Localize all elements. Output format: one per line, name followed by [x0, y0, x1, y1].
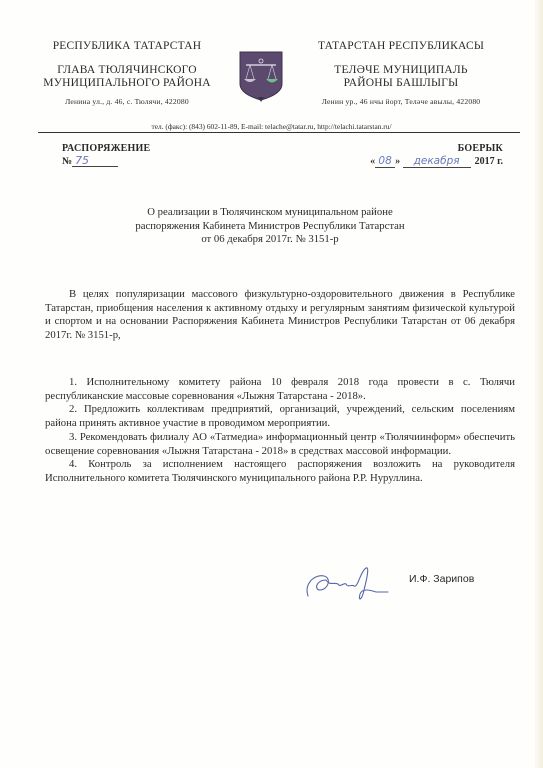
order-items: 1. Исполнительному комитету района 10 фе…	[45, 376, 515, 486]
quote-close: »	[395, 156, 400, 167]
title-line-1: О реализации в Тюлячинском муниципальном…	[60, 206, 480, 220]
order-item-1: 1. Исполнительному комитету района 10 фе…	[45, 376, 515, 403]
document-title: О реализации в Тюлячинском муниципальном…	[60, 206, 480, 247]
header-divider	[38, 132, 520, 133]
authority-line-2-tt: РАЙОНЫ БАШЛЫГЫ	[282, 77, 520, 90]
authority-name-tt: ТЕЛӘЧЕ МУНИЦИПАЛЬ РАЙОНЫ БАШЛЫГЫ	[282, 64, 520, 90]
handwritten-number: 75	[75, 154, 89, 167]
contact-line: тел. (факс): (843) 602-11-89, E-mail: te…	[0, 122, 543, 131]
address-tt: Ленин ур., 46 нчы йорт, Теләче авылы, 42…	[282, 97, 520, 106]
order-item-3: 3. Рекомендовать филиалу АО «Татмедиа» и…	[45, 431, 515, 458]
handwritten-month: декабря	[403, 155, 471, 168]
number-sign: №	[62, 156, 72, 167]
page-edge	[535, 0, 543, 768]
authority-name-ru: ГЛАВА ТЮЛЯЧИНСКОГО МУНИЦИПАЛЬНОГО РАЙОНА	[22, 64, 232, 90]
signer-name: И.Ф. Зарипов	[409, 573, 474, 585]
order-item-4: 4. Контроль за исполнением настоящего ра…	[45, 458, 515, 485]
preamble-text: В целях популяризации массового физкульт…	[45, 288, 515, 343]
title-line-3: от 06 декабря 2017г. № 3151-р	[60, 233, 480, 247]
authority-line-1: ГЛАВА ТЮЛЯЧИНСКОГО	[22, 64, 232, 77]
authority-line-1-tt: ТЕЛӘЧЕ МУНИЦИПАЛЬ	[282, 64, 520, 77]
order-number: №75	[62, 155, 118, 167]
address-ru: Ленина ул., д. 46, с. Тюлячи, 422080	[22, 97, 232, 106]
republic-name-ru: РЕСПУБЛИКА ТАТАРСТАН	[22, 40, 232, 53]
order-label-tt: БОЕРЫК	[458, 143, 503, 154]
handwritten-day: 08	[375, 155, 395, 168]
authority-line-2: МУНИЦИПАЛЬНОГО РАЙОНА	[22, 77, 232, 90]
number-blank: 75	[72, 155, 118, 167]
preamble: В целях популяризации массового физкульт…	[45, 288, 515, 343]
order-item-2: 2. Предложить коллективам предприятий, о…	[45, 403, 515, 430]
header-right-block: ТАТАРСТАН РЕСПУБЛИКАСЫ ТЕЛӘЧЕ МУНИЦИПАЛЬ…	[282, 40, 520, 106]
republic-name-tt: ТАТАРСТАН РЕСПУБЛИКАСЫ	[282, 40, 520, 53]
header-left-block: РЕСПУБЛИКА ТАТАРСТАН ГЛАВА ТЮЛЯЧИНСКОГО …	[22, 40, 232, 106]
coat-of-arms-icon	[238, 50, 284, 102]
date-year: 2017 г.	[475, 156, 503, 167]
order-date: «08» декабря2017 г.	[370, 155, 503, 168]
signature-icon	[300, 562, 390, 604]
order-label-ru: РАСПОРЯЖЕНИЕ	[62, 143, 150, 154]
title-line-2: распоряжения Кабинета Министров Республи…	[60, 220, 480, 234]
document-page: РЕСПУБЛИКА ТАТАРСТАН ГЛАВА ТЮЛЯЧИНСКОГО …	[0, 0, 543, 768]
